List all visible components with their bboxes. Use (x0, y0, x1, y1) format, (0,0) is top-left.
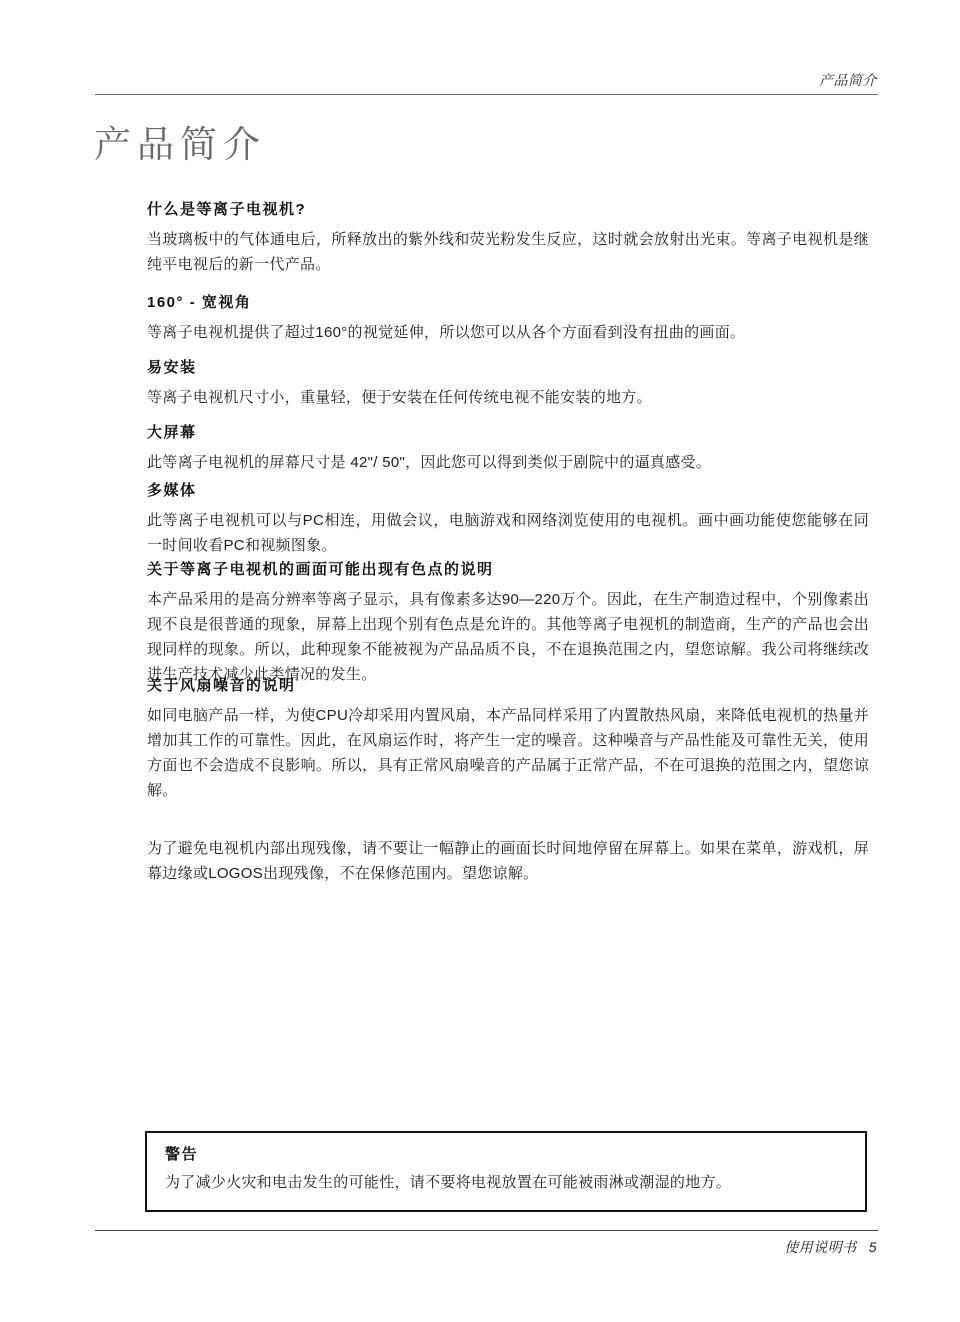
section-heading: 关于风扇噪音的说明 (147, 676, 869, 696)
section-heading: 大屏幕 (147, 423, 869, 443)
section-multimedia: 多媒体 此等离子电视机可以与PC相连，用做会议，电脑游戏和网络浏览使用的电视机。… (147, 481, 869, 558)
section-heading: 多媒体 (147, 481, 869, 501)
section-heading: 什么是等离子电视机? (147, 200, 869, 220)
image-retention-note: 为了避免电视机内部出现残像，请不要让一幅静止的画面长时间地停留在屏幕上。如果在菜… (147, 836, 869, 886)
footer: 使用说明书5 (95, 1237, 877, 1257)
manual-page: 产品简介 产品简介 什么是等离子电视机? 当玻璃板中的气体通电后，所释放出的紫外… (0, 0, 960, 1322)
section-heading: 易安装 (147, 358, 869, 378)
header-rule (95, 94, 878, 95)
section-body: 此等离子电视机的屏幕尺寸是 42"/ 50"，因此您可以得到类似于剧院中的逼真感… (147, 450, 869, 475)
running-header-title: 产品简介 (95, 70, 877, 90)
page-title: 产品简介 (94, 121, 266, 169)
section-easy-install: 易安装 等离子电视机尺寸小，重量轻，便于安装在任何传统电视不能安装的地方。 (147, 358, 869, 410)
section-what-is-plasma: 什么是等离子电视机? 当玻璃板中的气体通电后，所释放出的紫外线和荧光粉发生反应，… (147, 200, 869, 277)
section-colored-dots-notice: 关于等离子电视机的画面可能出现有色点的说明 本产品采用的是高分辨率等离子显示，具… (147, 560, 869, 687)
section-heading: 关于等离子电视机的画面可能出现有色点的说明 (147, 560, 869, 580)
footer-page-number: 5 (869, 1239, 877, 1255)
section-body: 此等离子电视机可以与PC相连，用做会议，电脑游戏和网络浏览使用的电视机。画中画功… (147, 508, 869, 558)
section-body: 当玻璃板中的气体通电后，所释放出的紫外线和荧光粉发生反应，这时就会放射出光束。等… (147, 227, 869, 277)
warning-heading: 警告 (165, 1145, 847, 1165)
section-body: 等离子电视机尺寸小，重量轻，便于安装在任何传统电视不能安装的地方。 (147, 385, 869, 410)
section-big-screen: 大屏幕 此等离子电视机的屏幕尺寸是 42"/ 50"，因此您可以得到类似于剧院中… (147, 423, 869, 475)
footer-page-label: 使用说明书 (784, 1239, 857, 1255)
section-wide-view-angle: 160° - 宽视角 等离子电视机提供了超过160°的视觉延伸，所以您可以从各个… (147, 293, 869, 345)
section-body: 如同电脑产品一样，为使CPU冷却采用内置风扇，本产品同样采用了内置散热风扇，来降… (147, 703, 869, 803)
section-fan-noise-notice: 关于风扇噪音的说明 如同电脑产品一样，为使CPU冷却采用内置风扇，本产品同样采用… (147, 676, 869, 803)
section-body: 等离子电视机提供了超过160°的视觉延伸，所以您可以从各个方面看到没有扭曲的画面… (147, 320, 869, 345)
footer-rule (95, 1230, 878, 1231)
section-body: 本产品采用的是高分辨率等离子显示，具有像素多达90—220万个。因此，在生产制造… (147, 587, 869, 687)
warning-body: 为了减少火灾和电击发生的可能性，请不要将电视放置在可能被雨淋或潮湿的地方。 (165, 1170, 847, 1195)
warning-box: 警告 为了减少火灾和电击发生的可能性，请不要将电视放置在可能被雨淋或潮湿的地方。 (145, 1131, 867, 1212)
section-heading: 160° - 宽视角 (147, 293, 869, 313)
